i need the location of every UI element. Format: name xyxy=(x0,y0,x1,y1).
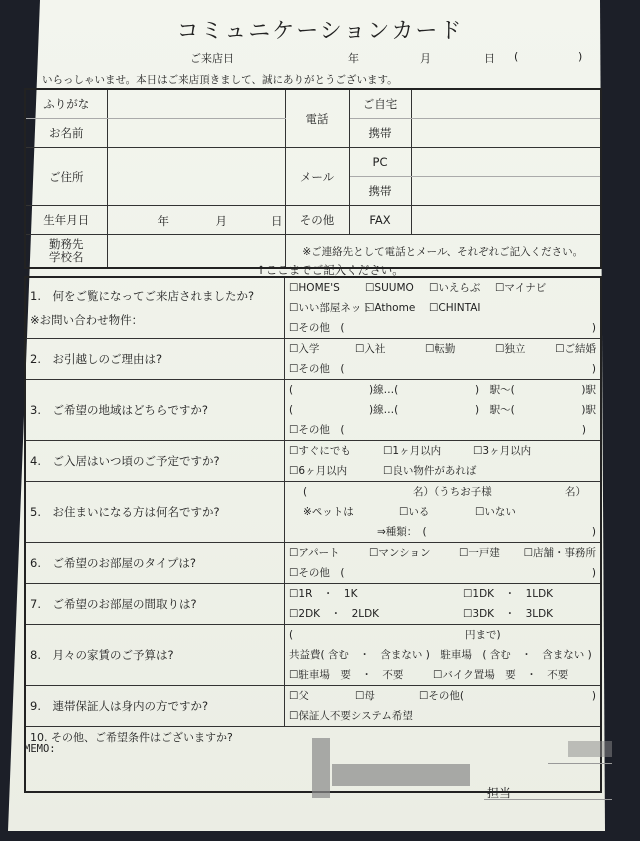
questionnaire-table: 1. 何をご覧になってご来店されましたか? ※お問い合わせ物件： ☐HOME'S… xyxy=(24,276,602,793)
residents-open: ( xyxy=(303,482,307,502)
option-homes[interactable]: ☐HOME'S xyxy=(289,278,340,298)
option-other[interactable]: ☐その他 ( xyxy=(289,359,345,379)
pet-type-label: ⇒種類： ( xyxy=(377,522,427,542)
option-pet-no[interactable]: ☐いない xyxy=(475,502,516,522)
option-2dk-2ldk[interactable]: ☐2DK ・ 2LDK xyxy=(289,604,379,624)
fee-parking-options[interactable]: 共益費( 含む ・ 含まない ) 駐車場 ( 含む ・ 含まない ) xyxy=(289,645,592,665)
question-row-9: 9. 連帯保証人は身内の方ですか? ☐父☐母☐その他() ☐保証人不要システム希… xyxy=(25,686,601,727)
paren-close: ) xyxy=(592,359,596,379)
birthdate-field[interactable]: 年 月 日 xyxy=(107,206,285,235)
question-4-label: 4. ご入居はいつ頃のご予定ですか? xyxy=(25,441,285,482)
option-other[interactable]: ☐その他( xyxy=(419,686,464,706)
question-9-options[interactable]: ☐父☐母☐その他() ☐保証人不要システム希望 xyxy=(285,686,602,727)
question-2-options[interactable]: ☐入学☐入社☐転勤☐独立☐ご結婚 ☐その他 () xyxy=(285,339,602,380)
phone-mobile-label: 携帯 xyxy=(349,119,411,148)
phone-mobile-field[interactable] xyxy=(411,119,601,148)
question-3-options[interactable]: ()線…() 駅～()駅 ()線…() 駅～()駅 ☐その他 () xyxy=(285,380,602,441)
mail-pc-field[interactable] xyxy=(411,148,601,177)
blurred-logo xyxy=(312,738,330,798)
question-row-4: 4. ご入居はいつ頃のご予定ですか? ☐すぐにでも☐1ヶ月以内☐3ヶ月以内 ☐6… xyxy=(25,441,601,482)
budget-open: ( xyxy=(289,625,293,645)
budget-yen-label: 円まで) xyxy=(465,625,501,645)
paren-close: ) xyxy=(592,686,596,706)
question-row-7: 7. ご希望のお部屋の間取りは? ☐1R ・ 1K☐1DK ・ 1LDK ☐2D… xyxy=(25,584,601,625)
question-10-label: 10. その他、ご希望条件はございますか? xyxy=(30,731,233,744)
paren-close: ) xyxy=(592,318,596,338)
blurred-stamp xyxy=(568,741,612,757)
question-1-options[interactable]: ☐HOME'S☐SUUMO☐いえらぶ☐マイナビ ☐いい部屋ネット☐Athome☐… xyxy=(285,277,602,339)
option-mansion[interactable]: ☐マンション xyxy=(369,543,430,563)
question-row-3: 3. ご希望の地域はどちらですか? ()線…() 駅～()駅 ()線…() 駅～… xyxy=(25,380,601,441)
option-pet-yes[interactable]: ☐いる xyxy=(399,502,429,522)
question-5-options[interactable]: (名）（うちお子様名） ※ペットは☐いる☐いない ⇒種類： () xyxy=(285,482,602,543)
option-store-office[interactable]: ☐店舗・事務所 xyxy=(524,543,596,563)
greeting: いらっしゃいませ。本日はご来店頂きまして、誠にありがとうございます。 xyxy=(42,72,398,87)
pet-label: ※ペットは xyxy=(303,502,354,522)
question-5-label: 5. お住まいになる方は何名ですか? xyxy=(25,482,285,543)
furigana-label: ふりがな xyxy=(25,89,107,119)
fax-label: FAX xyxy=(349,206,411,235)
question-8-options[interactable]: (円まで) 共益費( 含む ・ 含まない ) 駐車場 ( 含む ・ 含まない )… xyxy=(285,625,602,686)
option-transfer[interactable]: ☐転勤 xyxy=(425,339,455,359)
address-label: ご住所 xyxy=(25,148,107,206)
option-apartment[interactable]: ☐アパート xyxy=(289,543,340,563)
children-count-label: 名） xyxy=(565,482,586,502)
option-suumo[interactable]: ☐SUUMO xyxy=(365,278,414,298)
birth-year-unit: 年 xyxy=(158,213,170,229)
option-1-month[interactable]: ☐1ヶ月以内 xyxy=(383,441,441,461)
option-6-months[interactable]: ☐6ヶ月以内 xyxy=(289,461,347,481)
option-asap[interactable]: ☐すぐにでも xyxy=(289,441,351,461)
option-independence[interactable]: ☐独立 xyxy=(495,339,525,359)
option-1dk-1ldk[interactable]: ☐1DK ・ 1LDK xyxy=(463,584,553,604)
option-iiheya[interactable]: ☐いい部屋ネット xyxy=(289,298,372,318)
question-4-options[interactable]: ☐すぐにでも☐1ヶ月以内☐3ヶ月以内 ☐6ヶ月以内☐良い物件があれば xyxy=(285,441,602,482)
form-title: コミュニケーションカード xyxy=(0,14,640,45)
customer-info-table: ふりがな 電話 ご自宅 お名前 携帯 ご住所 メール PC 携帯 生年月日 年 … xyxy=(24,88,602,269)
mail-mobile-field[interactable] xyxy=(411,177,601,206)
option-house[interactable]: ☐一戸建 xyxy=(459,543,500,563)
name-field[interactable] xyxy=(107,119,285,148)
visit-month: 月 xyxy=(420,50,431,66)
blurred-company-name xyxy=(332,764,470,786)
mail-mobile-label: 携帯 xyxy=(349,177,411,206)
question-7-label: 7. ご希望のお部屋の間取りは? xyxy=(25,584,285,625)
visit-year: 年 xyxy=(348,50,359,66)
question-row-1: 1. 何をご覧になってご来店されましたか? ※お問い合わせ物件： ☐HOME'S… xyxy=(25,277,601,339)
option-parking-needed[interactable]: ☐駐車場 要 ・ 不要 xyxy=(289,665,403,685)
option-other[interactable]: ☐その他 ( xyxy=(289,318,345,338)
station-end-label: )駅 xyxy=(581,400,596,420)
stamp-line xyxy=(548,763,612,764)
line-open: ( xyxy=(289,400,293,420)
visit-day: 日 xyxy=(484,50,495,66)
staff-signature-line[interactable] xyxy=(484,799,612,800)
mail-label: メール xyxy=(285,148,349,206)
inquiry-property-label: ※お問い合わせ物件： xyxy=(30,312,280,328)
question-1-label: 1. 何をご覧になってご来店されましたか? xyxy=(30,288,280,304)
question-3-label: 3. ご希望の地域はどちらですか? xyxy=(25,380,285,441)
visit-date-label: ご来店日 xyxy=(190,50,234,66)
option-other[interactable]: ☐その他 ( xyxy=(289,420,345,440)
other-contact-label: その他 xyxy=(285,206,349,235)
birth-month-unit: 月 xyxy=(216,213,228,229)
question-row-2: 2. お引越しのご理由は? ☐入学☐入社☐転勤☐独立☐ご結婚 ☐その他 () xyxy=(25,339,601,380)
question-6-options[interactable]: ☐アパート☐マンション☐一戸建☐店舗・事務所 ☐その他 () xyxy=(285,543,602,584)
option-job[interactable]: ☐入社 xyxy=(355,339,385,359)
visit-weekday-open: ( xyxy=(514,50,518,63)
phone-home-field[interactable] xyxy=(411,89,601,119)
option-marriage[interactable]: ☐ご結婚 xyxy=(555,339,596,359)
option-father[interactable]: ☐父 xyxy=(289,686,309,706)
station-label: ) 駅～( xyxy=(475,400,515,420)
option-mother[interactable]: ☐母 xyxy=(355,686,375,706)
residents-children-label: 名）（うちお子様 xyxy=(413,482,492,502)
furigana-field[interactable] xyxy=(107,89,285,119)
question-row-6: 6. ご希望のお部屋のタイプは? ☐アパート☐マンション☐一戸建☐店舗・事務所 … xyxy=(25,543,601,584)
question-6-label: 6. ご希望のお部屋のタイプは? xyxy=(25,543,285,584)
mail-pc-label: PC xyxy=(349,148,411,177)
question-row-5: 5. お住まいになる方は何名ですか? (名）（うちお子様名） ※ペットは☐いる☐… xyxy=(25,482,601,543)
birth-day-unit: 日 xyxy=(271,213,283,229)
option-mynavi[interactable]: ☐マイナビ xyxy=(495,278,546,298)
line-open: ( xyxy=(289,380,293,400)
option-if-good-property[interactable]: ☐良い物件があれば xyxy=(383,461,476,481)
question-8-label: 8. 月々の家賃のご予算は? xyxy=(25,625,285,686)
question-row-8: 8. 月々の家賃のご予算は? (円まで) 共益費( 含む ・ 含まない ) 駐車… xyxy=(25,625,601,686)
fax-field[interactable] xyxy=(411,206,601,235)
phone-label: 電話 xyxy=(285,89,349,148)
question-9-label: 9. 連帯保証人は身内の方ですか? xyxy=(25,686,285,727)
option-ierabu[interactable]: ☐いえらぶ xyxy=(429,278,480,298)
paren-close: ) xyxy=(582,420,586,440)
birthdate-label: 生年月日 xyxy=(25,206,107,235)
option-3dk-3ldk[interactable]: ☐3DK ・ 3LDK xyxy=(463,604,553,624)
phone-home-label: ご自宅 xyxy=(349,89,411,119)
station-label: ) 駅～( xyxy=(475,380,515,400)
line-label: )線…( xyxy=(369,380,398,400)
option-school[interactable]: ☐入学 xyxy=(289,339,319,359)
paren-close: ) xyxy=(592,522,596,542)
station-end-label: )駅 xyxy=(581,380,596,400)
option-athome[interactable]: ☐Athome xyxy=(365,298,415,318)
visit-weekday-close: ) xyxy=(578,50,582,63)
paren-close: ) xyxy=(592,563,596,583)
option-other[interactable]: ☐その他 ( xyxy=(289,563,345,583)
memo-label: MEMO: xyxy=(24,743,56,755)
line-label: )線…( xyxy=(369,400,398,420)
address-field[interactable] xyxy=(107,148,285,206)
question-7-options[interactable]: ☐1R ・ 1K☐1DK ・ 1LDK ☐2DK ・ 2LDK☐3DK ・ 3L… xyxy=(285,584,602,625)
option-3-months[interactable]: ☐3ヶ月以内 xyxy=(473,441,531,461)
question-2-label: 2. お引越しのご理由は? xyxy=(25,339,285,380)
option-no-guarantor-system[interactable]: ☐保証人不要システム希望 xyxy=(289,706,413,726)
option-bike-parking-needed[interactable]: ☐バイク置場 要 ・ 不要 xyxy=(433,665,568,685)
option-1r-1k[interactable]: ☐1R ・ 1K xyxy=(289,584,357,604)
option-chintai[interactable]: ☐CHINTAI xyxy=(429,298,480,318)
name-label: お名前 xyxy=(25,119,107,148)
